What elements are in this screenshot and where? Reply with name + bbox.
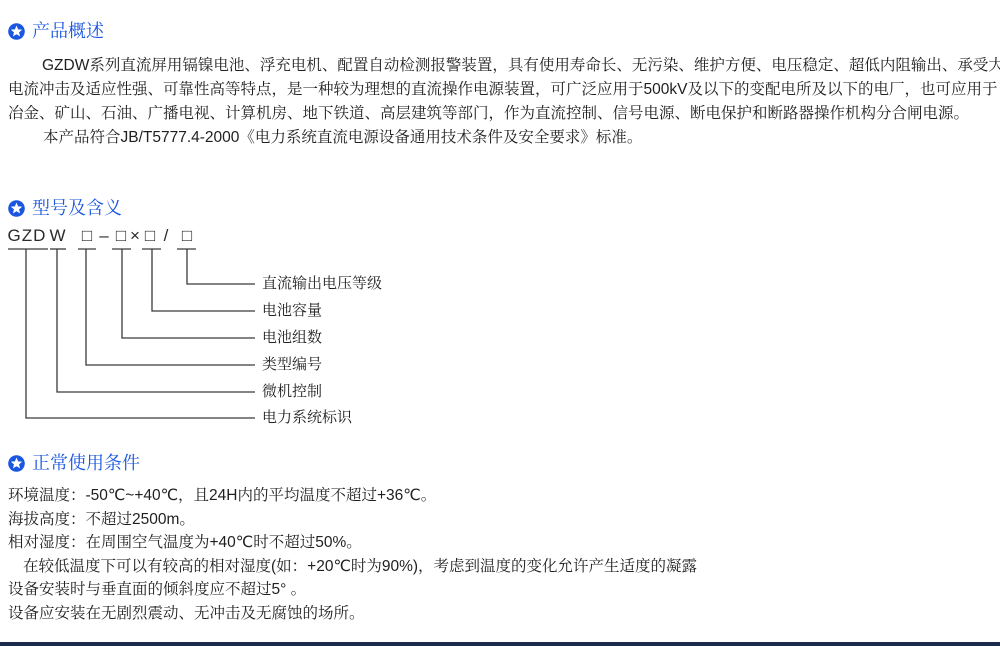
section-title-overview: 产品概述 [32,21,104,41]
condition-line-installation: 设备应安装在无剧烈震动、无冲击及无腐蚀的场所。 [8,602,697,626]
model-label-battery-groups: 电池组数 [262,327,322,349]
star-badge-icon [8,23,25,40]
condition-line-ambient-temp: 环境温度：-50℃~+40℃，且24H内的平均温度不超过+36℃。 [8,484,697,508]
overview-line: 本产品符合JB/T5777.4-2000《电力系统直流电源设备通用技术条件及安全… [8,126,1000,150]
star-badge-icon [8,200,25,217]
overview-paragraph: GZDW系列直流屏用镉镍电池、浮充电机、配置自动检测报警装置，具有使用寿命长、无… [8,54,1000,150]
footer-bar [0,642,1000,646]
section-heading-model: 型号及含义 [8,198,122,218]
section-title-conditions: 正常使用条件 [32,453,140,473]
section-heading-conditions: 正常使用条件 [8,453,140,473]
overview-line: 电流冲击及适应性强、可靠性高等特点，是一种较为理想的直流操作电源装置，可广泛应用… [8,78,1000,102]
conditions-list: 环境温度：-50℃~+40℃，且24H内的平均温度不超过+36℃。 海拔高度：不… [8,484,697,626]
model-token-box-3: □ [145,225,155,247]
condition-line-humidity-note: 在较低温度下可以有较高的相对湿度(如：+20℃时为90%)，考虑到温度的变化允许… [8,555,697,579]
section-title-model: 型号及含义 [32,198,122,218]
model-token-times: × [130,225,140,247]
overview-line: GZDW系列直流屏用镉镍电池、浮充电机、配置自动检测报警装置，具有使用寿命长、无… [8,54,1000,78]
model-token-dash: – [99,225,108,247]
condition-line-altitude: 海拔高度：不超过2500m。 [8,508,697,532]
model-designation-diagram: GZD W □ – □ × □ / □ 直流输出电压等级 [0,225,470,440]
model-label-power-system-id: 电力系统标识 [262,407,352,429]
condition-line-humidity: 相对湿度：在周围空气温度为+40℃时不超过50%。 [8,531,697,555]
model-token-slash: / [164,225,169,247]
model-label-dc-output-voltage: 直流输出电压等级 [262,273,382,295]
model-token-box-4: □ [182,225,192,247]
model-label-mcu-control: 微机控制 [262,381,322,403]
condition-line-tilt: 设备安装时与垂直面的倾斜度应不超过5° 。 [8,578,697,602]
model-token-box-1: □ [82,225,92,247]
overview-line: 冶金、矿山、石油、广播电视、计算机房、地下铁道、高层建筑等部门，作为直流控制、信… [8,102,1000,126]
model-token-gzd: GZD [8,225,47,247]
section-heading-overview: 产品概述 [8,21,104,41]
model-label-type-number: 类型编号 [262,354,322,376]
model-token-w: W [49,225,66,247]
star-badge-icon [8,455,25,472]
model-label-battery-capacity: 电池容量 [262,300,322,322]
model-token-box-2: □ [116,225,126,247]
diagram-callout-lines [0,247,470,437]
